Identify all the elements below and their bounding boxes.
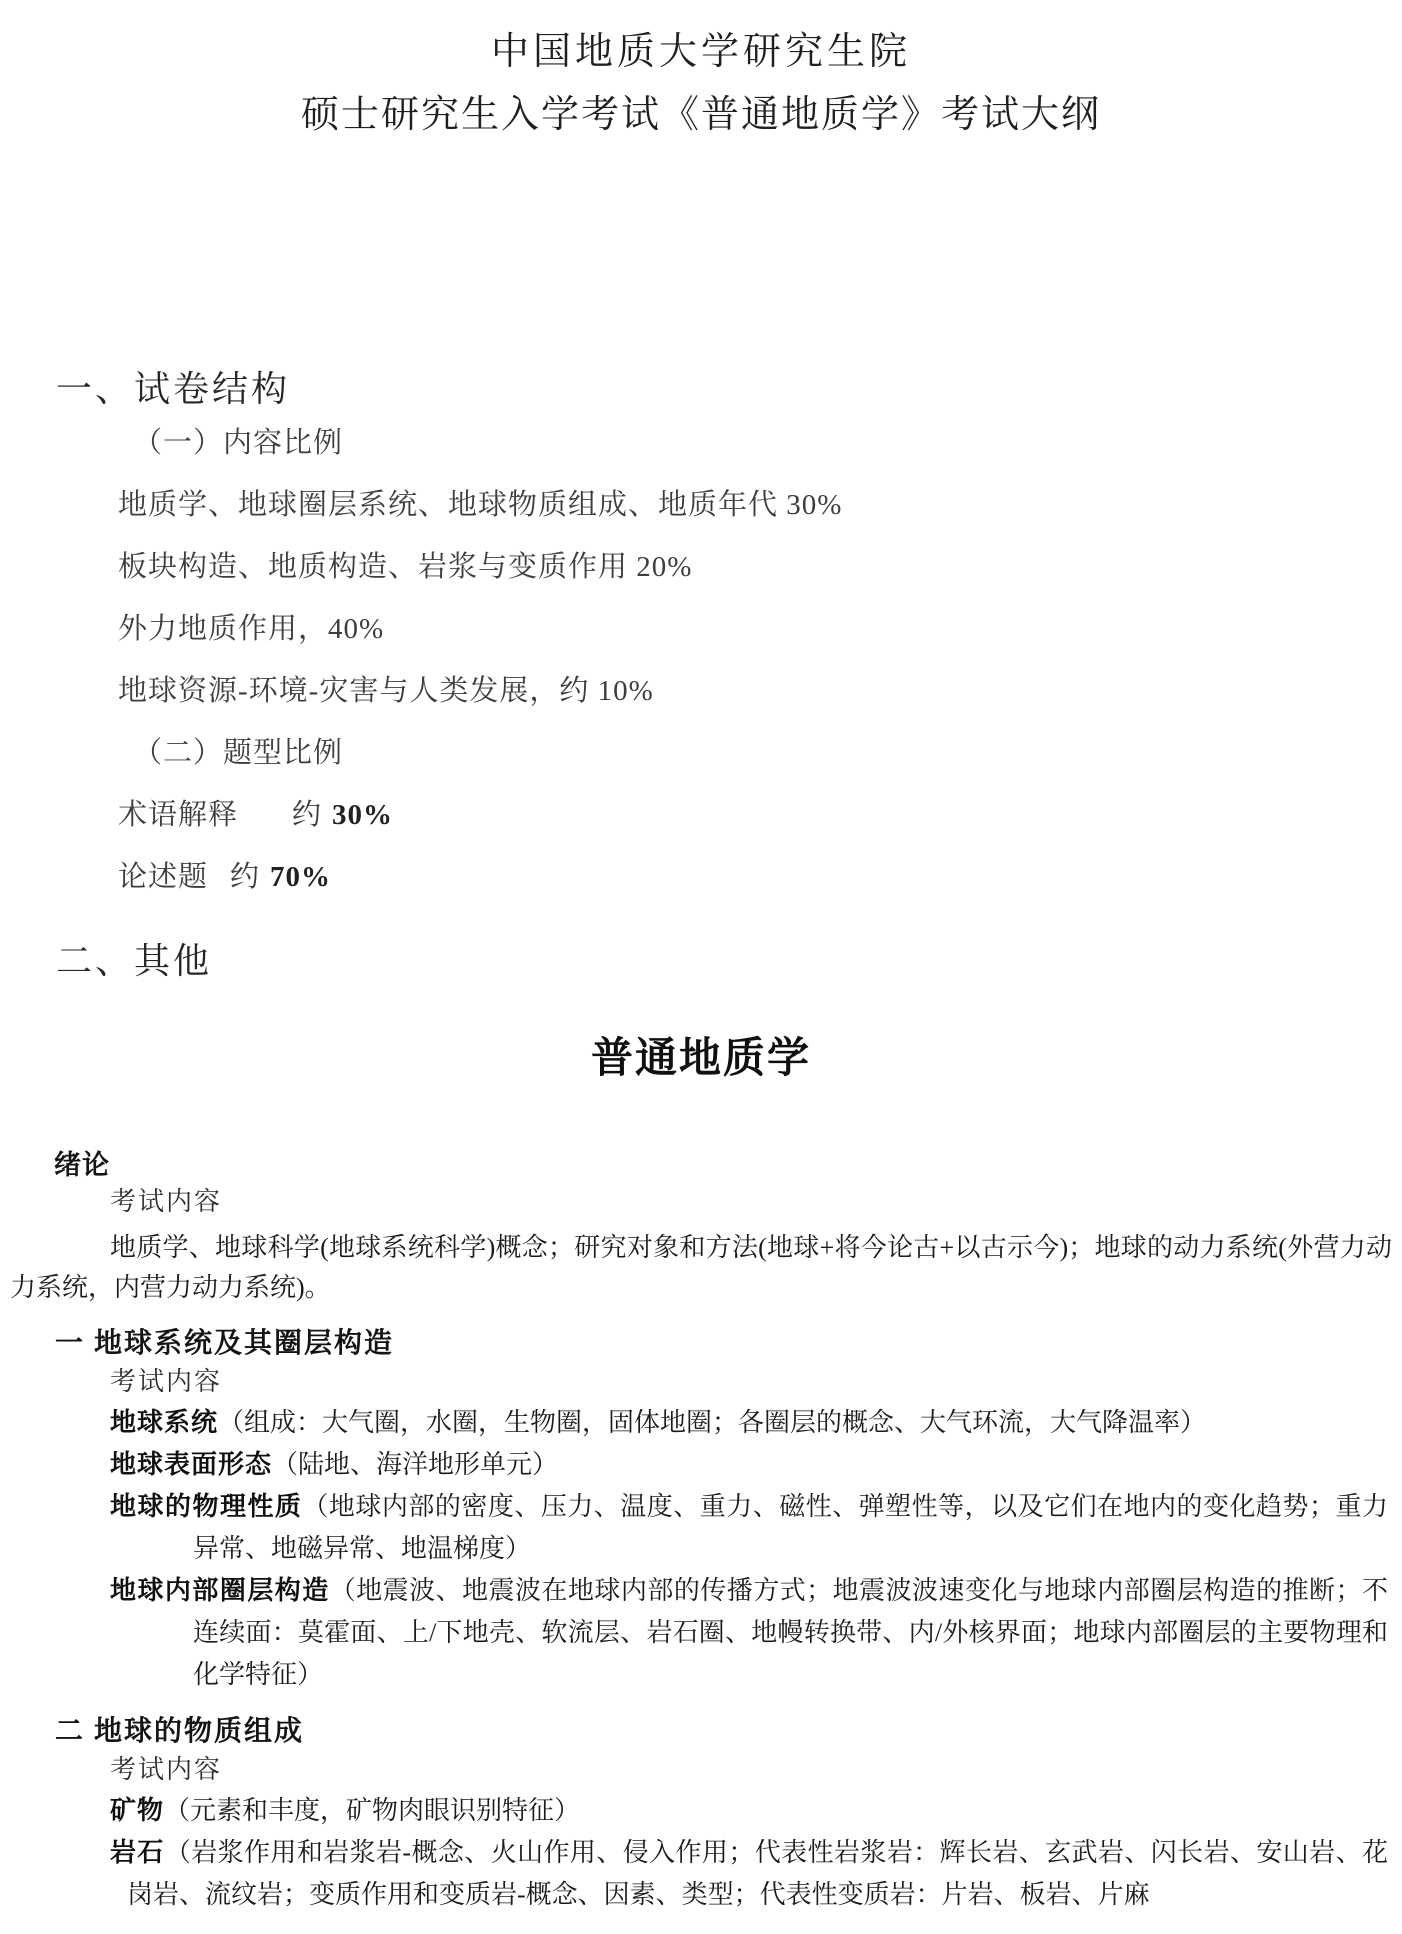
term-name: 地球表面形态 <box>110 1450 272 1479</box>
term-name: 地球的物理性质 <box>110 1492 302 1521</box>
section-paper-structure-heading: 一、试卷结构 <box>56 366 1402 412</box>
term-desc: （岩浆作用和岩浆岩-概念、火山作用、侵入作用；代表性岩浆岩：辉长岩、玄武岩、闪长… <box>127 1838 1388 1909</box>
term-entry: 地球系统（组成：大气圈，水圈，生物圈，固体地圈；各圈层的概念、大气环流，大气降温… <box>193 1402 1388 1444</box>
exam-content-label: 考试内容 <box>110 1182 1402 1222</box>
term-desc: （陆地、海洋地形单元） <box>272 1450 558 1479</box>
question-types-heading: （二）题型比例 <box>133 722 1402 784</box>
term-desc: （地球内部的密度、压力、温度、重力、磁性、弹塑性等，以及它们在地内的变化趋势；重… <box>193 1492 1388 1563</box>
term-entry: 地球表面形态（陆地、海洋地形单元） <box>193 1444 1388 1486</box>
intro-paragraph: 地质学、地球科学(地球系统科学)概念；研究对象和方法(地球+将今论古+以古示今)… <box>10 1228 1392 1308</box>
exam-content-label: 考试内容 <box>110 1362 1402 1402</box>
content-ratio-item: 板块构造、地质构造、岩浆与变质作用 20% <box>118 536 1402 598</box>
intro-heading: 绪论 <box>54 1148 1402 1182</box>
term-entry: 矿物（元素和丰度，矿物肉眼识别特征） <box>127 1790 1388 1832</box>
question-type-percent: 70% <box>270 861 331 893</box>
question-type-approx: 约 <box>292 799 322 831</box>
content-ratio-item: 地球资源-环境-灾害与人类发展，约 10% <box>118 660 1402 722</box>
course-title: 普通地质学 <box>0 1032 1402 1084</box>
term-name: 地球内部圈层构造 <box>110 1576 330 1605</box>
exam-outline-title: 硕士研究生入学考试《普通地质学》考试大纲 <box>0 90 1402 140</box>
question-type-row: 论述题约70% <box>118 846 1402 908</box>
university-title: 中国地质大学研究生院 <box>0 0 1402 76</box>
question-type-label: 术语解释 <box>118 799 238 831</box>
term-entry: 岩石（岩浆作用和岩浆岩-概念、火山作用、侵入作用；代表性岩浆岩：辉长岩、玄武岩、… <box>127 1832 1388 1916</box>
question-type-row: 术语解释约30% <box>118 784 1402 846</box>
term-desc: （地震波、地震波在地球内部的传播方式；地震波波速变化与地球内部圈层构造的推断；不… <box>193 1576 1388 1689</box>
content-ratio-item: 地质学、地球圈层系统、地球物质组成、地质年代 30% <box>118 474 1402 536</box>
term-desc: （组成：大气圈，水圈，生物圈，固体地圈；各圈层的概念、大气环流，大气降温率） <box>218 1408 1206 1437</box>
section-other-heading: 二、其他 <box>56 938 1402 984</box>
content-ratio-item: 外力地质作用，40% <box>118 598 1402 660</box>
term-desc: （元素和丰度，矿物肉眼识别特征） <box>164 1796 580 1825</box>
document-page: 中国地质大学研究生院 硕士研究生入学考试《普通地质学》考试大纲 一、试卷结构 （… <box>0 0 1402 1934</box>
chapter-2-heading: 二 地球的物质组成 <box>55 1714 1402 1750</box>
question-type-label: 论述题 <box>118 861 208 893</box>
question-type-approx: 约 <box>230 861 260 893</box>
term-entry: 地球内部圈层构造（地震波、地震波在地球内部的传播方式；地震波波速变化与地球内部圈… <box>193 1570 1388 1696</box>
content-ratio-heading: （一）内容比例 <box>133 412 1402 474</box>
exam-content-label: 考试内容 <box>110 1750 1402 1790</box>
chapter-1-heading: 一 地球系统及其圈层构造 <box>55 1326 1402 1362</box>
term-entry: 地球的物理性质（地球内部的密度、压力、温度、重力、磁性、弹塑性等，以及它们在地内… <box>193 1486 1388 1570</box>
term-name: 地球系统 <box>110 1408 218 1437</box>
term-name: 岩石 <box>110 1838 165 1867</box>
question-type-percent: 30% <box>332 799 393 831</box>
term-name: 矿物 <box>110 1796 164 1825</box>
